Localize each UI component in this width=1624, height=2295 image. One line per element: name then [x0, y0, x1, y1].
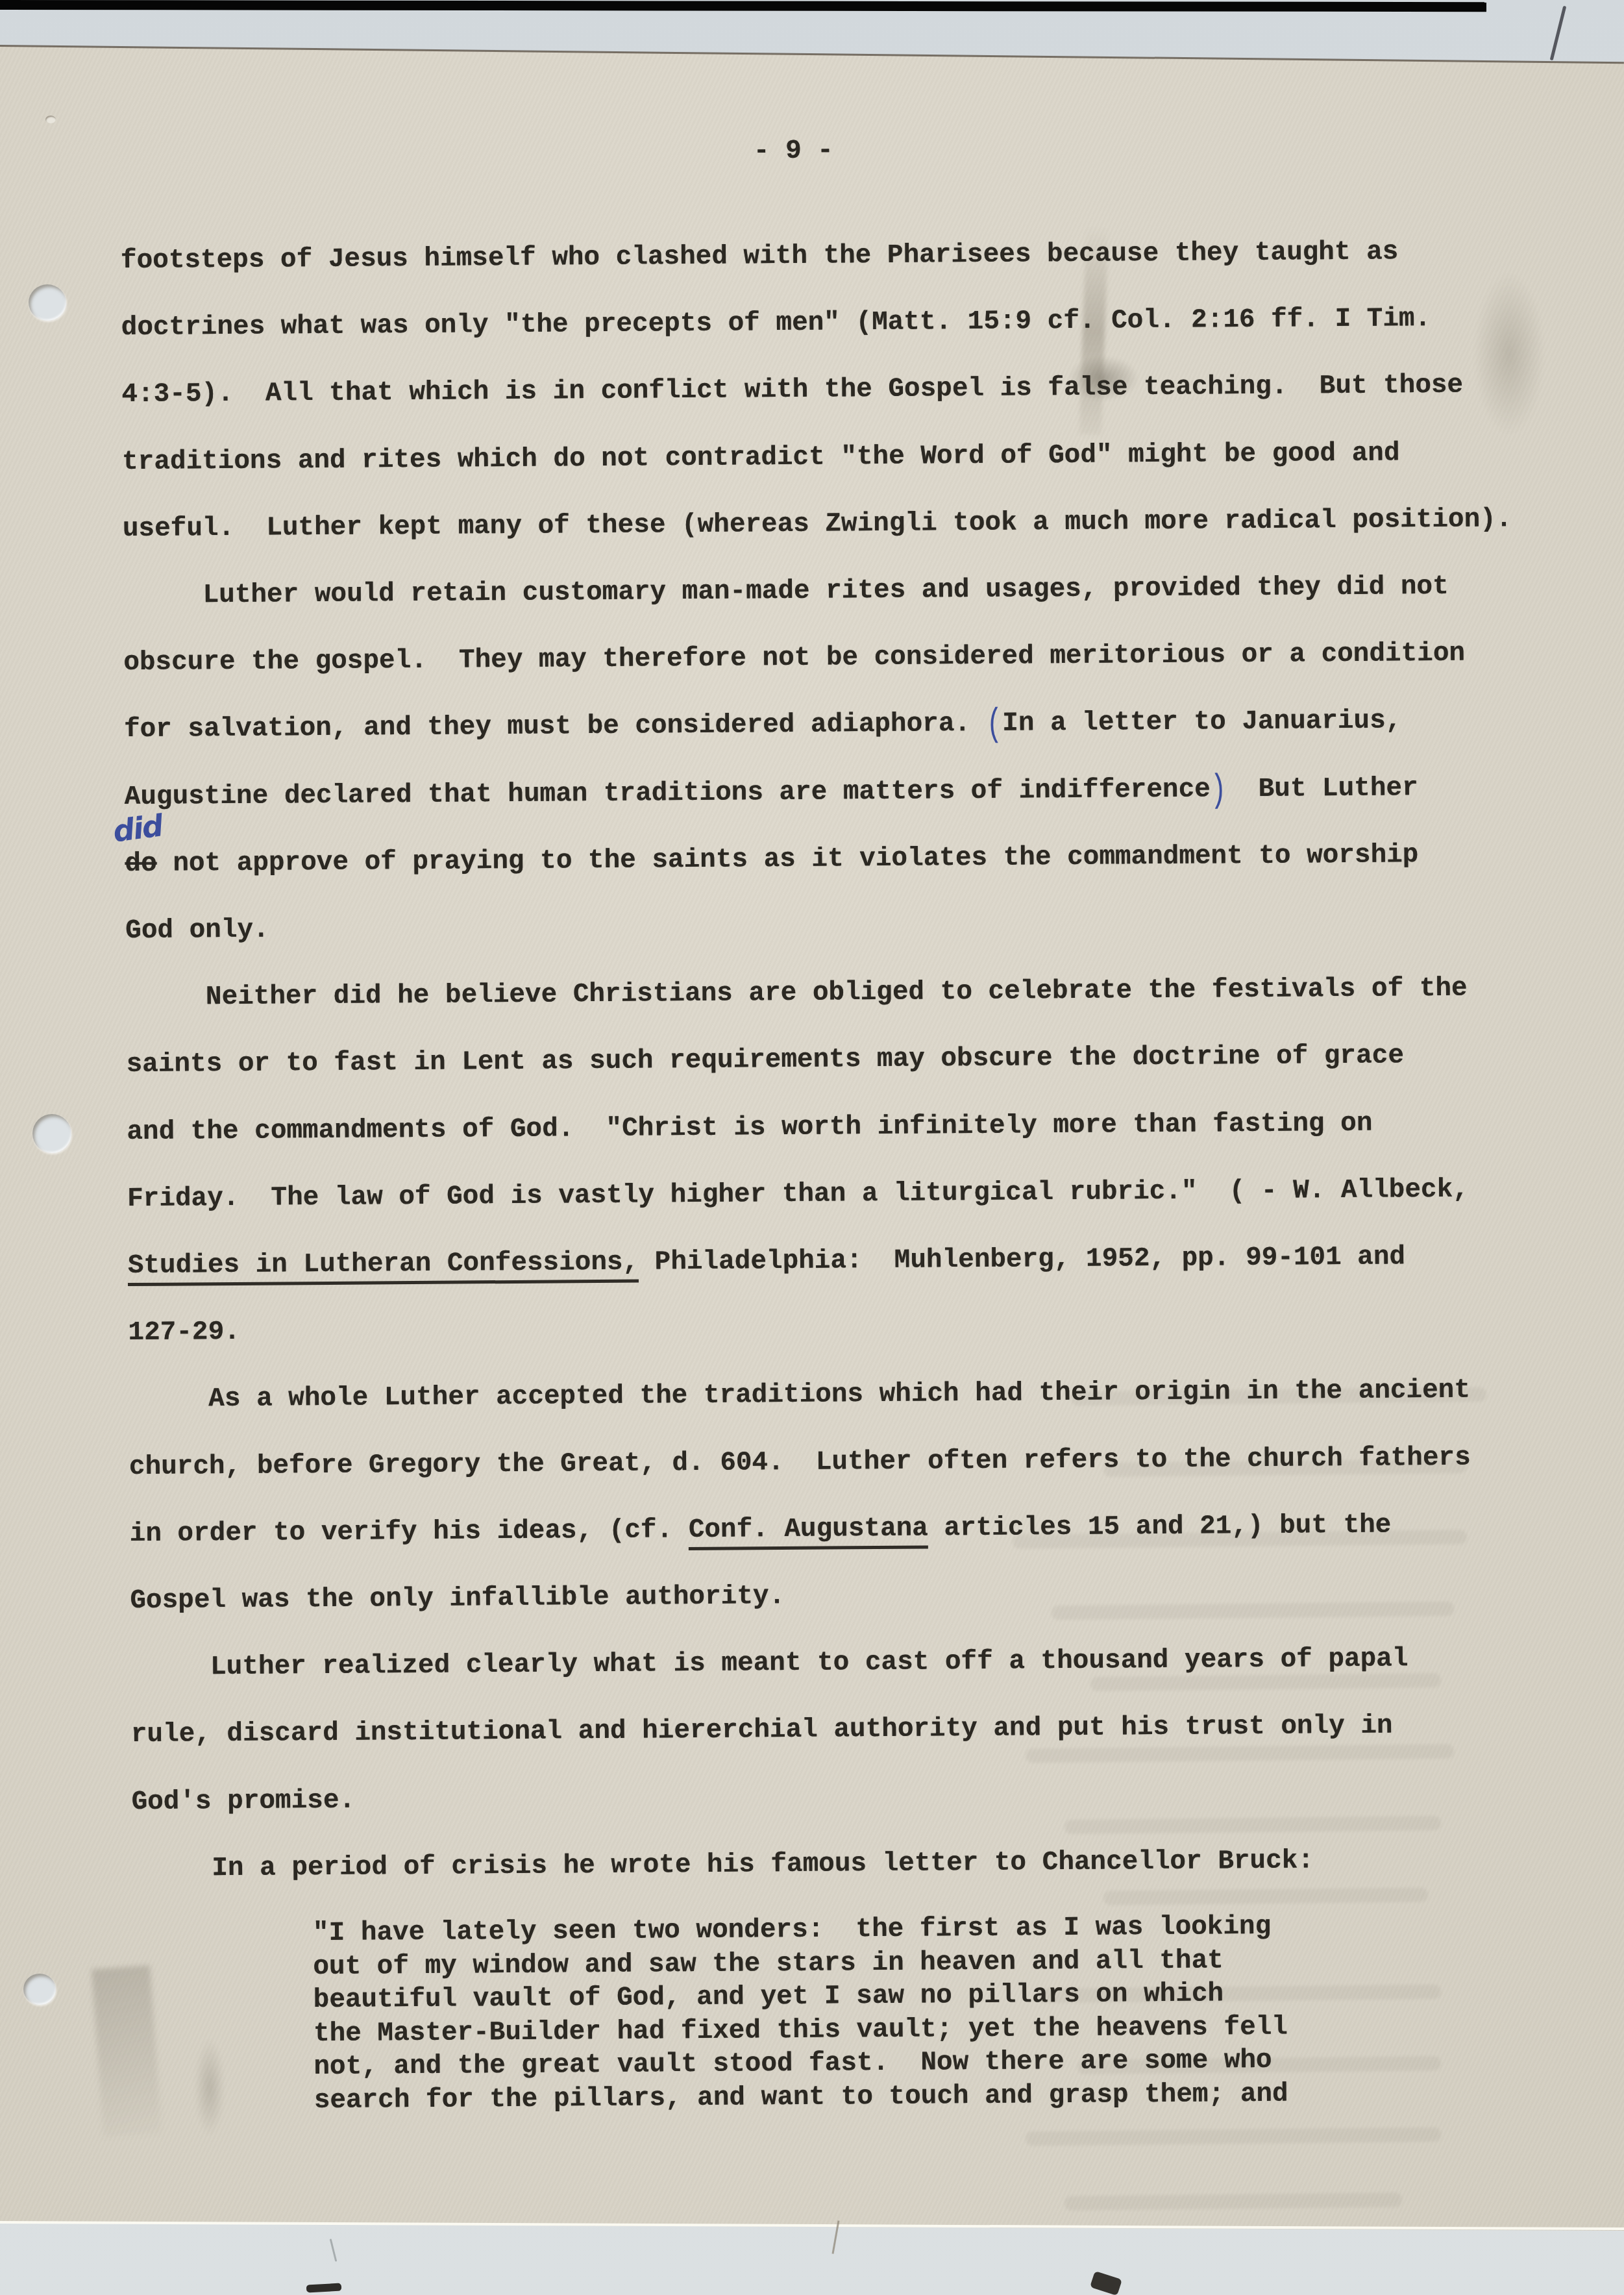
text-line: God's promise.	[131, 1759, 1599, 1836]
text-line: Studies in Lutheran Confessions, Philade…	[127, 1222, 1595, 1300]
text-line: Neither did he believe Christians are ob…	[126, 955, 1593, 1032]
text-segment: In a letter to Januarius,	[1002, 706, 1401, 739]
text-segment: in order to verify his ideas, (cf.	[130, 1515, 689, 1549]
handwritten-parenthesis: (	[986, 678, 1003, 775]
text-segment: Augustine declared that human traditions…	[125, 775, 1211, 812]
text-line: and the commandments of God. "Christ is …	[127, 1089, 1594, 1166]
text-line: Augustine declared that human traditions…	[124, 754, 1592, 831]
text-line: 127-29.	[128, 1290, 1595, 1367]
body-text: footsteps of Jesus himself who clashed w…	[121, 217, 1599, 1903]
struck-word: do	[125, 849, 157, 879]
text-line: Luther would retain customary man-made r…	[123, 552, 1590, 630]
text-line: in order to verify his ideas, (cf. Conf.…	[129, 1491, 1597, 1568]
text-segment: for salvation, and they must be consider…	[124, 709, 987, 745]
text-line: traditions and rites which do not contra…	[122, 419, 1590, 496]
text-line: As a whole Luther accepted the tradition…	[129, 1357, 1596, 1434]
handwritten-parenthesis: )	[1210, 743, 1227, 841]
handwritten-correction-did: did	[111, 808, 164, 849]
text-segment: not approve of praying to the saints as …	[157, 840, 1419, 879]
text-line: rule, discard institutional and hiererch…	[131, 1692, 1599, 1769]
text-line: saints or to fast in Lent as such requir…	[126, 1022, 1593, 1099]
scanned-document: - 9 - footsteps of Jesus himself who cla…	[0, 0, 1624, 2295]
underlined-title: Conf. Augustana	[689, 1513, 928, 1550]
text-line: 4:3-5). All that which is in conflict wi…	[121, 352, 1589, 429]
typed-text-layer: - 9 - footsteps of Jesus himself who cla…	[0, 0, 1624, 2295]
text-segment: articles 15 and 21,) but the	[928, 1510, 1392, 1543]
text-line: In a period of crisis he wrote his famou…	[132, 1826, 1599, 1903]
text-line: doctrines what was only "the precepts of…	[121, 285, 1588, 362]
text-segment: But Luther	[1226, 773, 1418, 804]
text-line: for salvation, and they must be consider…	[124, 687, 1592, 764]
text-line: search for the pillars, and want to touc…	[314, 2077, 1418, 2118]
page-number: - 9 -	[754, 136, 833, 166]
text-line: Luther realized clearly what is meant to…	[130, 1625, 1598, 1702]
text-line: Friday. The law of God is vastly higher …	[127, 1156, 1595, 1233]
block-quote: "I have lately seen two wonders: the fir…	[313, 1909, 1418, 2118]
text-line: church, before Gregory the Great, d. 604…	[129, 1424, 1597, 1501]
text-line: footsteps of Jesus himself who clashed w…	[121, 217, 1588, 295]
text-line: do not approve of praying to the saints …	[125, 821, 1592, 898]
text-line: God only.	[125, 887, 1593, 965]
underlined-title: Studies in Lutheran Confessions,	[128, 1248, 639, 1286]
text-line: Gospel was the only infallible authority…	[130, 1557, 1597, 1635]
text-segment: Philadelphia: Muhlenberg, 1952, pp. 99-1…	[639, 1242, 1405, 1277]
text-line: obscure the gospel. They may therefore n…	[123, 620, 1591, 697]
text-line: useful. Luther kept many of these (where…	[123, 486, 1590, 563]
